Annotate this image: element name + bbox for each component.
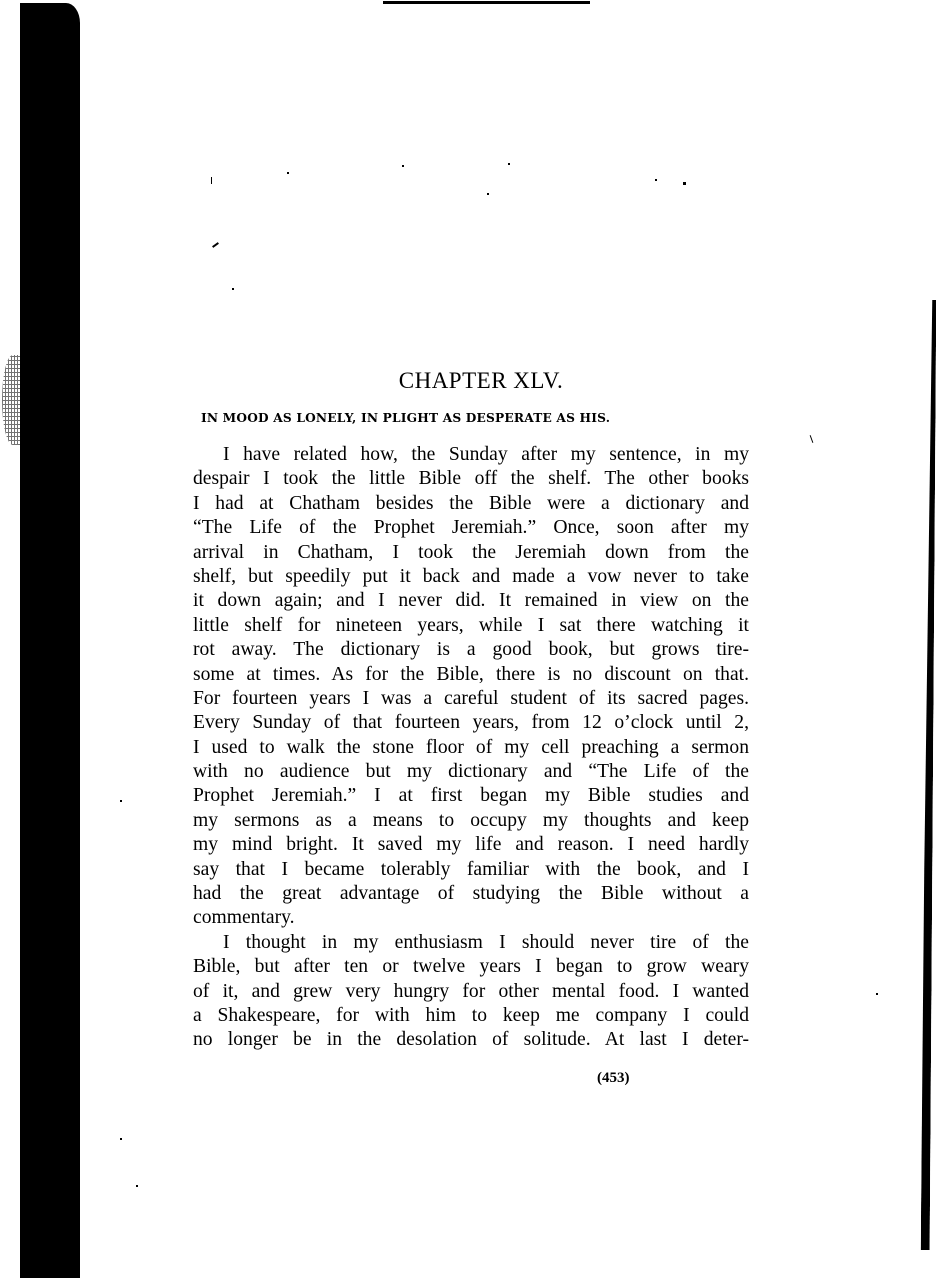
book-page: CHAPTER XLV. IN MOOD AS LONELY, IN PLIGH… [193, 360, 749, 1053]
scan-top-edge [383, 1, 590, 4]
text-line: little shelf for nineteen years, while I… [193, 614, 749, 638]
text-line: For fourteen years I was a careful stude… [193, 687, 749, 711]
text-line: say that I became tolerably familiar wit… [193, 858, 749, 882]
body-text: I have related how, the Sunday after my … [193, 443, 749, 1053]
paragraph-1: I have related how, the Sunday after my … [193, 443, 749, 931]
text-line: shelf, but speedily put it back and made… [193, 565, 749, 589]
text-line: some at times. As for the Bible, there i… [193, 663, 749, 687]
scan-speck [876, 993, 878, 995]
text-line: “The Life of the Prophet Jeremiah.” Once… [193, 516, 749, 540]
scan-speck [212, 242, 219, 248]
text-line: no longer be in the desolation of solitu… [193, 1028, 749, 1052]
scan-speck [120, 1138, 122, 1140]
scan-speck [655, 179, 657, 181]
text-line: Bible, but after ten or twelve years I b… [193, 955, 749, 979]
scan-speck [487, 193, 489, 195]
paragraph-2: I thought in my enthusiasm I should neve… [193, 931, 749, 1053]
scan-speck [232, 288, 234, 290]
scan-speck [287, 172, 289, 174]
scan-speck [508, 163, 510, 165]
scan-binding-speckle [2, 355, 24, 445]
scan-right-edge [921, 300, 936, 1250]
text-line: of it, and grew very hungry for other me… [193, 980, 749, 1004]
text-line: arrival in Chatham, I took the Jeremiah … [193, 541, 749, 565]
text-line: Prophet Jeremiah.” I at first began my B… [193, 784, 749, 808]
scan-speck [402, 165, 404, 167]
text-line: rot away. The dictionary is a good book,… [193, 638, 749, 662]
text-line: I had at Chatham besides the Bible were … [193, 492, 749, 516]
text-line: I thought in my enthusiasm I should neve… [193, 931, 749, 955]
text-line: it down again; and I never did. It remai… [193, 589, 749, 613]
scan-speck [683, 182, 686, 185]
scan-speck [211, 177, 212, 184]
scan-speck [120, 800, 122, 802]
text-line: commentary. [193, 906, 749, 930]
text-line: with no audience but my dictionary and “… [193, 760, 749, 784]
chapter-title: CHAPTER XLV. [193, 366, 749, 396]
page-number: (453) [597, 1070, 630, 1087]
text-line: despair I took the little Bible off the … [193, 467, 749, 491]
text-line: my sermons as a means to occupy my thoug… [193, 809, 749, 833]
text-line: had the great advantage of studying the … [193, 882, 749, 906]
scan-binding-shadow [20, 3, 80, 1278]
text-line: I have related how, the Sunday after my … [193, 443, 749, 467]
chapter-subtitle: IN MOOD AS LONELY, IN PLIGHT AS DESPERAT… [201, 409, 749, 427]
text-line: I used to walk the stone floor of my cel… [193, 736, 749, 760]
scan-speck [136, 1185, 138, 1187]
scan-speck [810, 435, 814, 443]
text-line: my mind bright. It saved my life and rea… [193, 833, 749, 857]
text-line: a Shakespeare, for with him to keep me c… [193, 1004, 749, 1028]
text-line: Every Sunday of that fourteen years, fro… [193, 711, 749, 735]
